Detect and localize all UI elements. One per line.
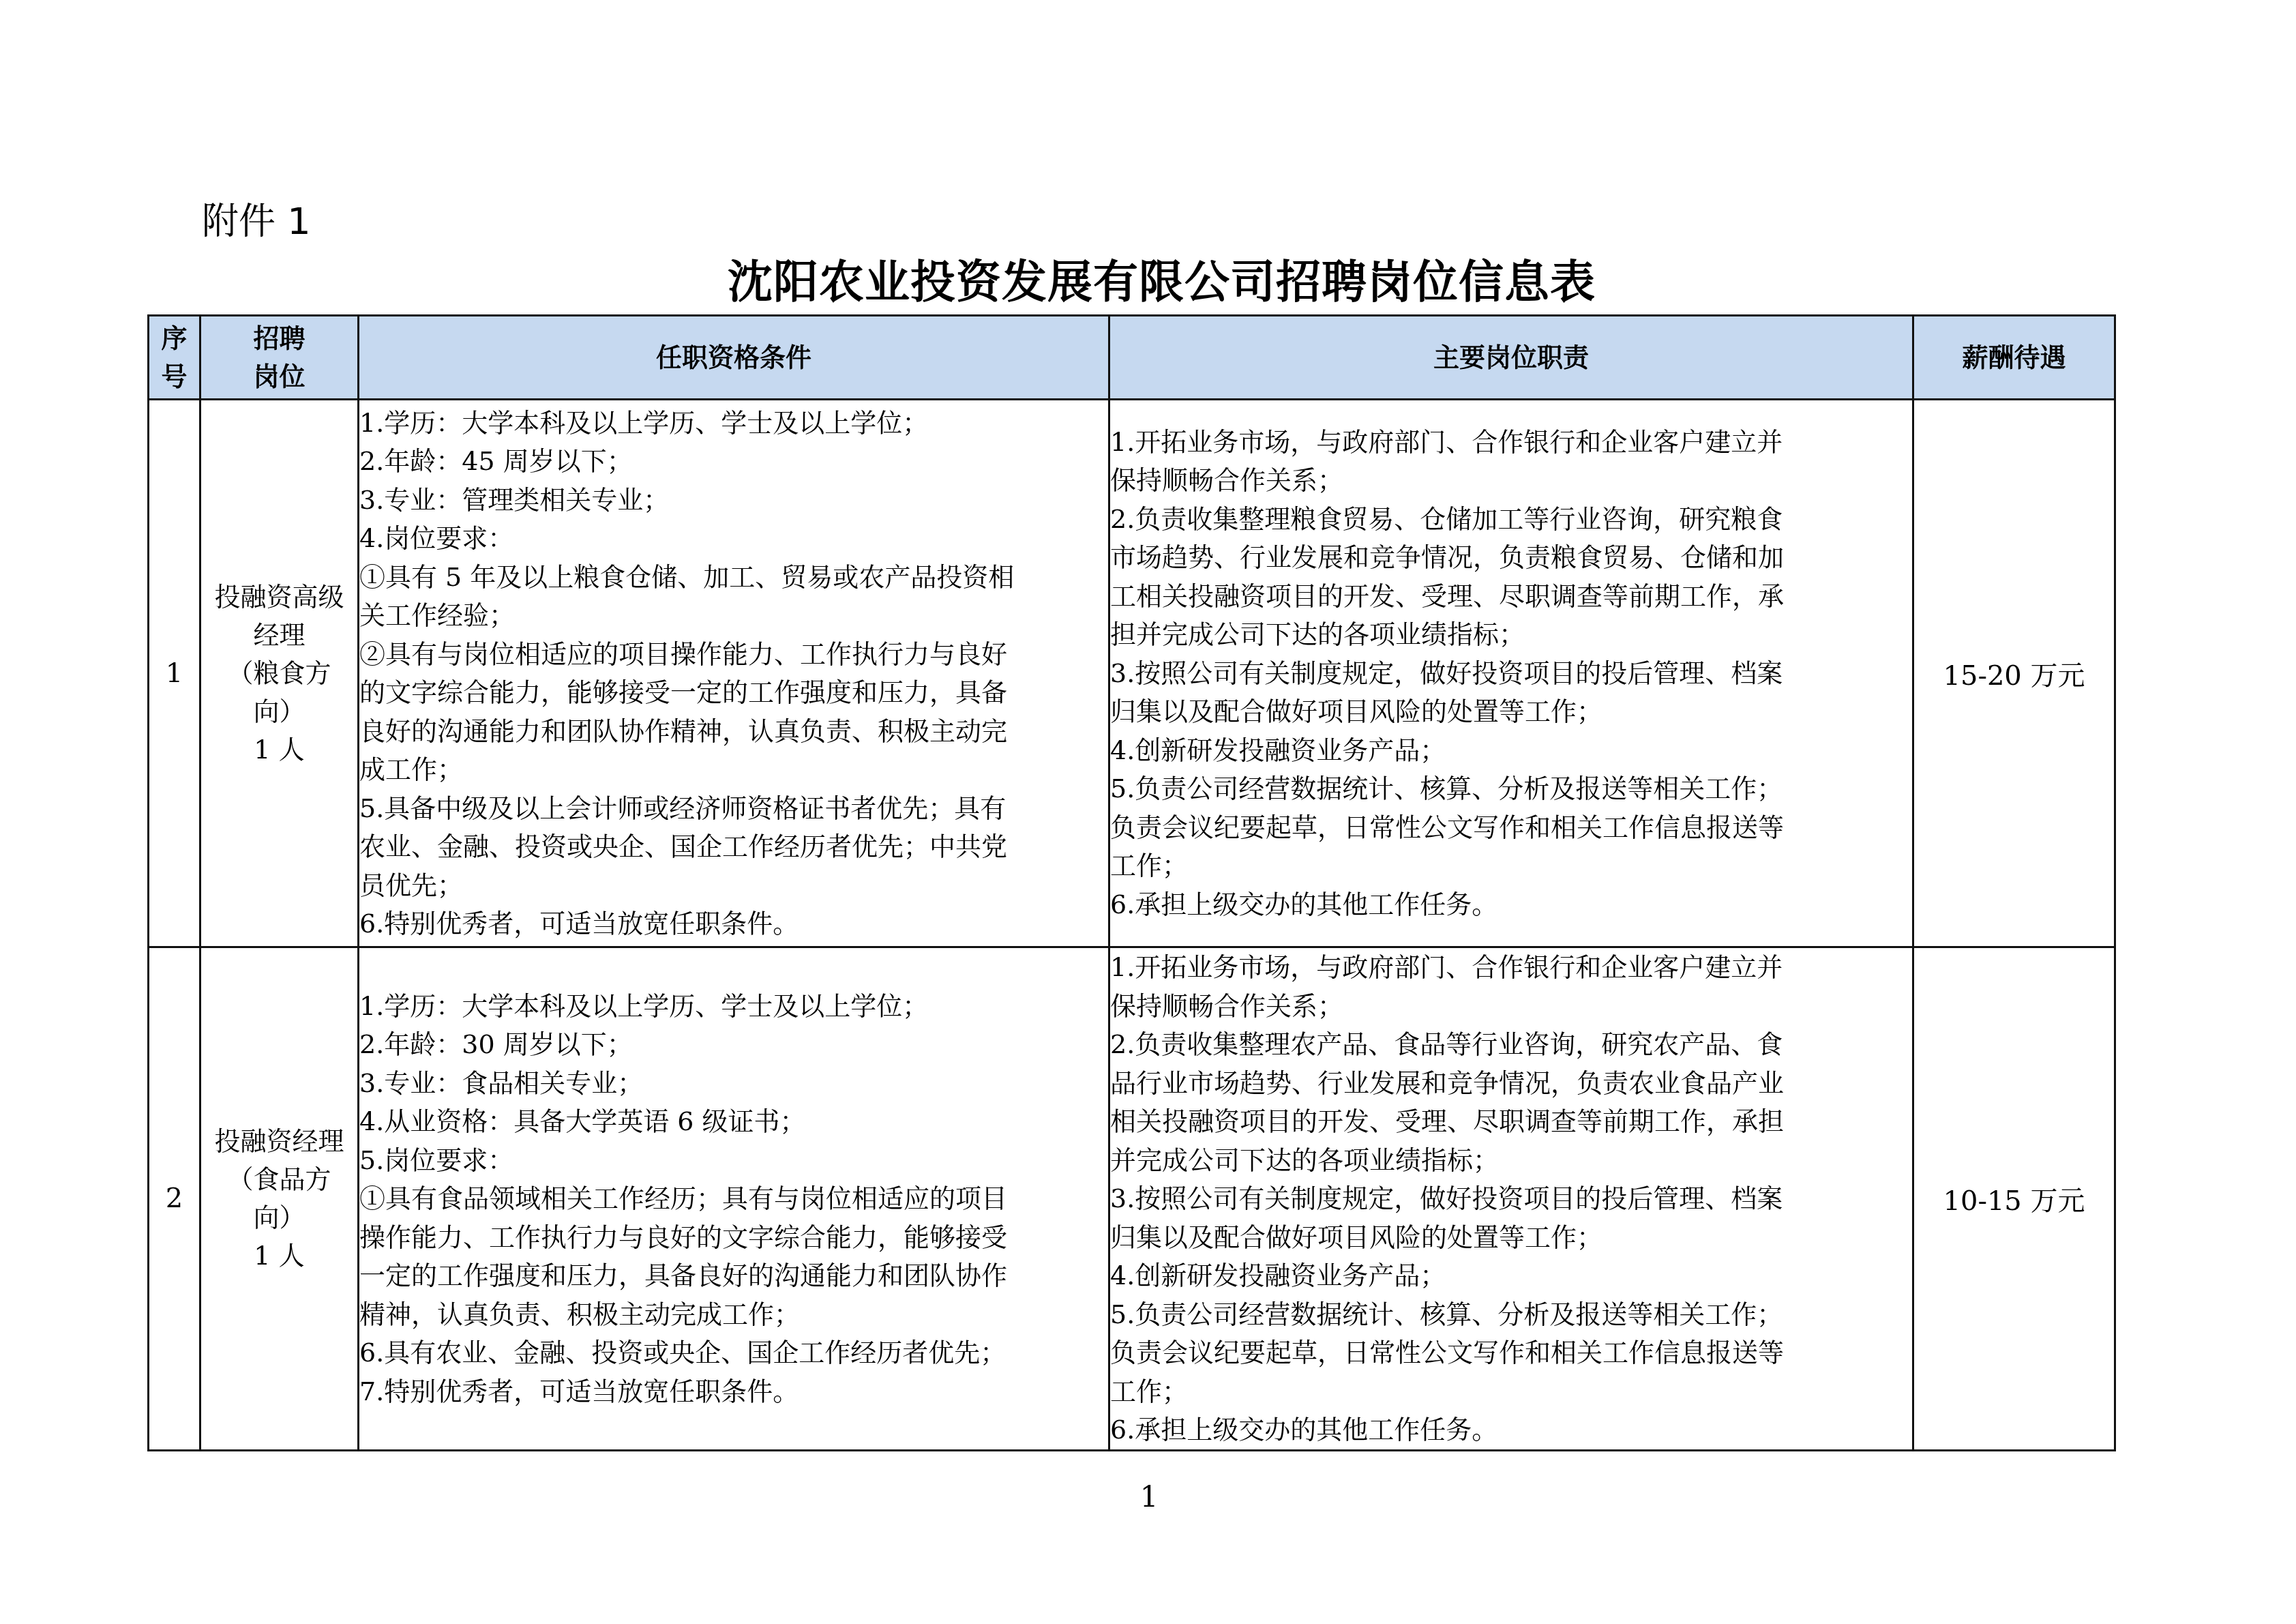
attachment-label: 附件 1 xyxy=(202,199,311,244)
row-number: 1 xyxy=(149,400,200,947)
table-row: 1 投融资高级 经理 （粮食方 向） 1 人 1.学历：大学本科及以上学历、学士… xyxy=(149,400,2115,947)
requirements-cell: 1.学历：大学本科及以上学历、学士及以上学位； 2.年龄：45 周岁以下； 3.… xyxy=(359,400,1109,947)
duties-cell: 1.开拓业务市场，与政府部门、合作银行和企业客户建立并 保持顺畅合作关系； 2.… xyxy=(1109,400,1913,947)
table-row: 2 投融资经理 （食品方 向） 1 人 1.学历：大学本科及以上学历、学士及以上… xyxy=(149,947,2115,1451)
header-position: 招聘 岗位 xyxy=(200,316,359,400)
header-salary: 薪酬待遇 xyxy=(1913,316,2115,400)
position-name: 投融资高级 经理 （粮食方 向） 1 人 xyxy=(200,400,359,947)
page-title: 沈阳农业投资发展有限公司招聘岗位信息表 xyxy=(0,254,2296,311)
header-no: 序 号 xyxy=(149,316,200,400)
requirements-cell: 1.学历：大学本科及以上学历、学士及以上学位； 2.年龄：30 周岁以下； 3.… xyxy=(359,947,1109,1451)
duties-cell: 1.开拓业务市场，与政府部门、合作银行和企业客户建立并 保持顺畅合作关系； 2.… xyxy=(1109,947,1913,1451)
salary-cell: 10-15 万元 xyxy=(1913,947,2115,1451)
position-name: 投融资经理 （食品方 向） 1 人 xyxy=(200,947,359,1451)
row-number: 2 xyxy=(149,947,200,1451)
job-positions-table: 序 号 招聘 岗位 任职资格条件 主要岗位职责 薪酬待遇 1 投融资高级 经理 … xyxy=(147,314,2116,1451)
header-requirements: 任职资格条件 xyxy=(359,316,1109,400)
salary-cell: 15-20 万元 xyxy=(1913,400,2115,947)
page-number: 1 xyxy=(1132,1480,1166,1514)
header-duties: 主要岗位职责 xyxy=(1109,316,1913,400)
table-header-row: 序 号 招聘 岗位 任职资格条件 主要岗位职责 薪酬待遇 xyxy=(149,316,2115,400)
